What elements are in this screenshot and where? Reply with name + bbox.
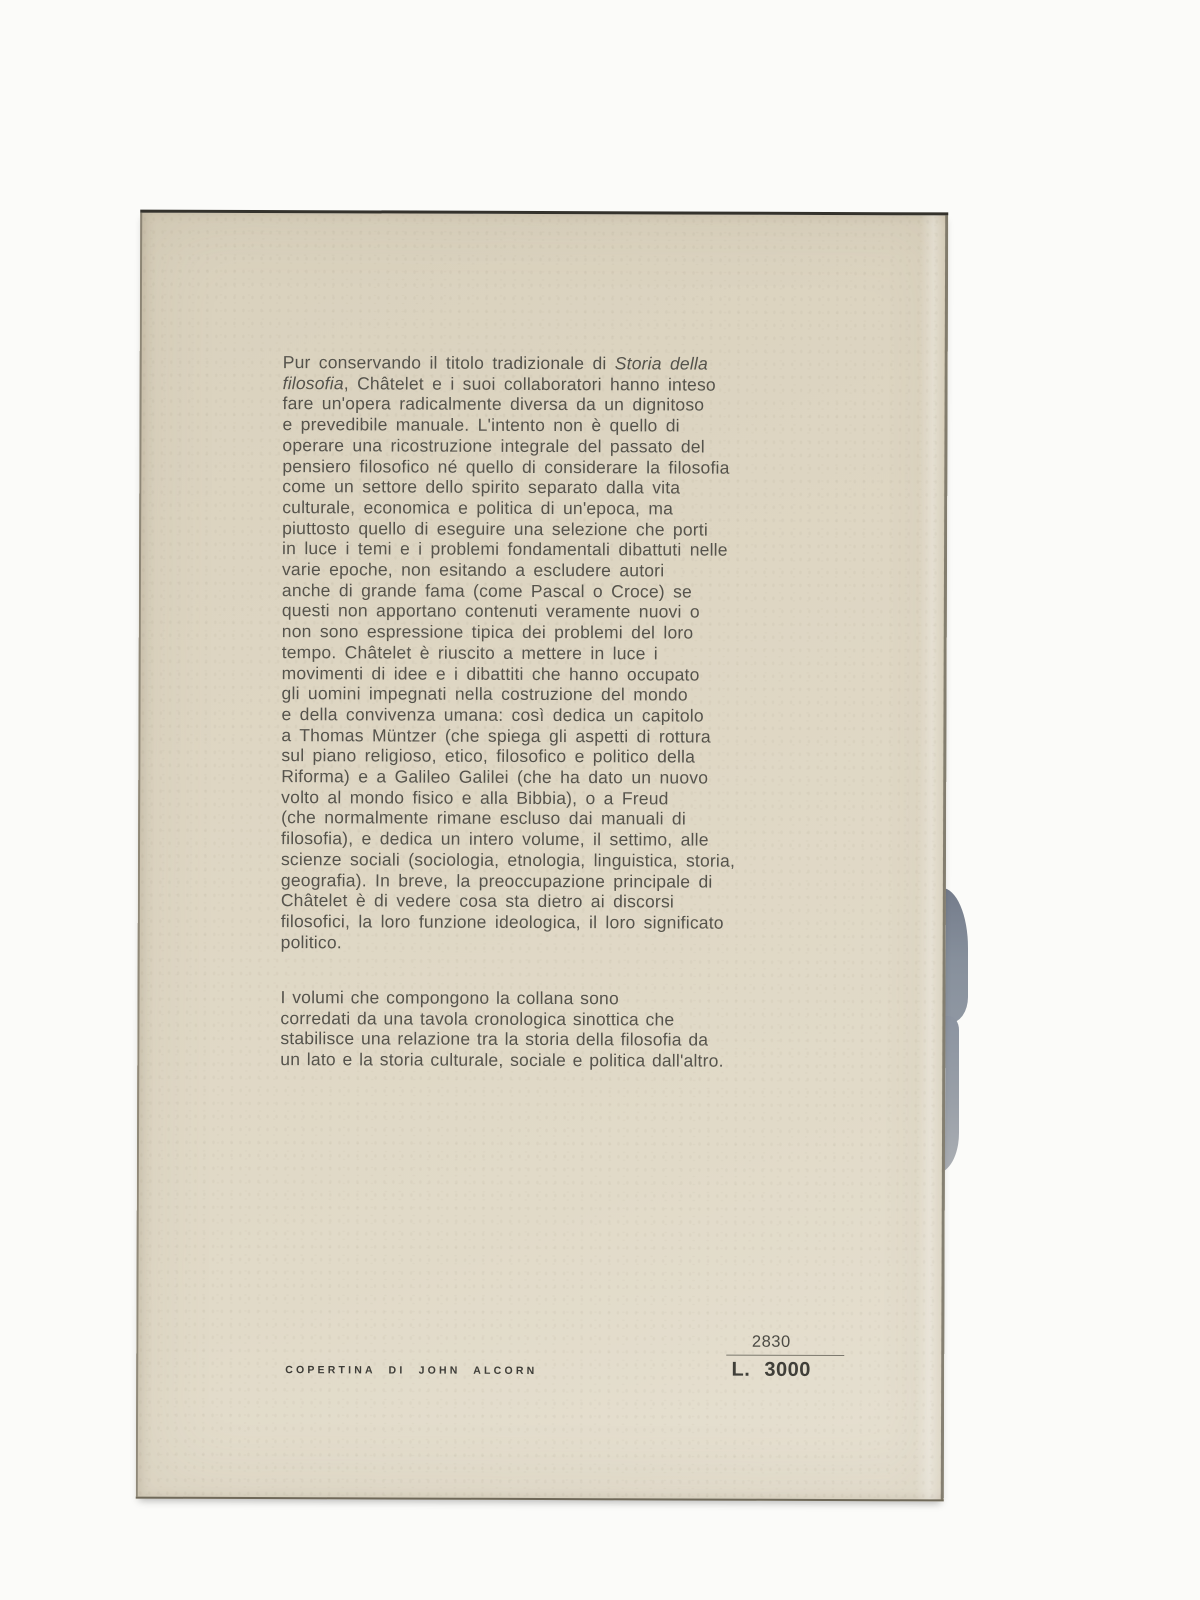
- text-line: volto al mondo fisico e alla Bibbia), o …: [281, 787, 829, 810]
- text-line: I volumi che compongono la collana sono: [280, 987, 828, 1010]
- text-line: operare una ricostruzione integrale del …: [282, 435, 830, 458]
- photo-background: Pur conservando il titolo tradizionale d…: [0, 0, 1200, 1600]
- text-line: anche di grande fama (come Pascal o Croc…: [282, 580, 830, 603]
- text-line: scienze sociali (sociologia, etnologia, …: [281, 849, 829, 872]
- text-line: e della convivenza umana: così dedica un…: [281, 704, 829, 727]
- text-line: filosofia), e dedica un intero volume, i…: [281, 828, 829, 851]
- text-line: un lato e la storia culturale, sociale e…: [280, 1049, 828, 1072]
- text-line: stabilisce una relazione tra la storia d…: [280, 1028, 828, 1051]
- text-line: movimenti di idee e i dibattiti che hann…: [282, 663, 830, 686]
- text-line: culturale, economica e politica di un'ep…: [282, 497, 830, 520]
- price-block: 2830 L. 3000: [701, 1333, 841, 1382]
- text-line: varie epoche, non esitando a escludere a…: [282, 559, 830, 582]
- price-divider: [726, 1355, 844, 1356]
- text-line: fare un'opera radicalmente diversa da un…: [283, 393, 831, 416]
- text-line: piuttosto quello di eseguire una selezio…: [282, 518, 830, 541]
- text-line: a Thomas Müntzer (che spiega gli aspetti…: [281, 725, 829, 748]
- text-line: sul piano religioso, etico, filosofico e…: [281, 745, 829, 768]
- text-line: non sono espressione tipica dei problemi…: [282, 621, 830, 644]
- text-line: corredati da una tavola cronologica sino…: [280, 1008, 828, 1031]
- cover-credit: COPERTINA DI JOHN ALCORN: [285, 1364, 537, 1377]
- text-line: filosofici, la loro funzione ideologica,…: [281, 911, 829, 934]
- text-line: e prevedibile manuale. L'intento non è q…: [282, 414, 830, 437]
- text-line: Riforma) e a Galileo Galilei (che ha dat…: [281, 766, 829, 789]
- book-back-cover: Pur conservando il titolo tradizionale d…: [136, 210, 948, 1502]
- price-label: L. 3000: [701, 1359, 841, 1382]
- text-line: gli uomini impegnati nella costruzione d…: [282, 683, 830, 706]
- text-line: pensiero filosofico né quello di conside…: [282, 456, 830, 479]
- text-line: politico.: [281, 932, 829, 955]
- text-line: (che normalmente rimane escluso dai manu…: [281, 808, 829, 831]
- text-line: questi non apportano contenuti veramente…: [282, 601, 830, 624]
- catalog-number: 2830: [701, 1333, 841, 1352]
- blurb-text: Pur conservando il titolo tradizionale d…: [281, 352, 831, 954]
- series-note-text: I volumi che compongono la collana sonoc…: [280, 987, 828, 1071]
- text-line: Châtelet è di vedere cosa sta dietro ai …: [281, 890, 829, 913]
- text-line: geografia). In breve, la preoccupazione …: [281, 870, 829, 893]
- text-line: tempo. Châtelet è riuscito a mettere in …: [282, 642, 830, 665]
- text-line: Pur conservando il titolo tradizionale d…: [283, 352, 831, 375]
- text-line: filosofia, Châtelet e i suoi collaborato…: [283, 373, 831, 396]
- text-line: in luce i temi e i problemi fondamentali…: [282, 538, 830, 561]
- text-line: come un settore dello spirito separato d…: [282, 476, 830, 499]
